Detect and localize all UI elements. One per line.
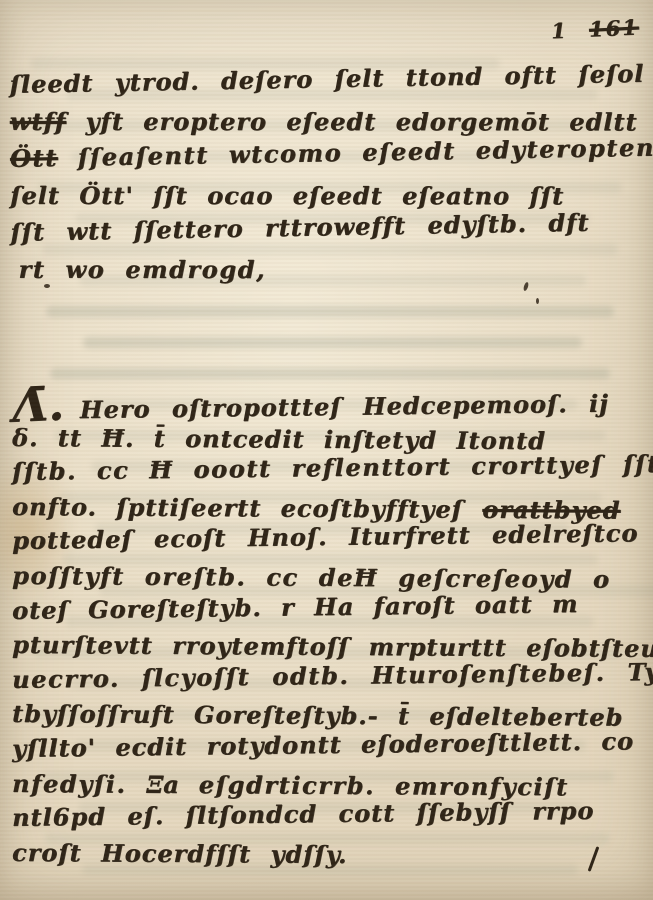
handwriting-line: ſſtb. cc Ħ ooott reflenttort crorttyeſ ſ… xyxy=(12,446,653,489)
handwriting-line: 1 161 xyxy=(551,12,640,46)
handwriting-segment: pottedeſ ecoſt Hnoſ. Iturfrett edelreſtc… xyxy=(12,519,639,556)
handwriting-segment: yſllto' ecdit rotydontt eſoderoeſttlett.… xyxy=(12,726,634,763)
handwriting-line: rt wo emdrogd, xyxy=(18,251,653,289)
handwriting-line: ntl6pd eſ. ſltſondcd cott ſſebyſſ rrpo xyxy=(12,792,653,835)
handwriting-segment: ſſtb. cc Ħ ooott reflenttort crorttyeſ ſ… xyxy=(12,449,653,486)
manuscript-page: 1 161 ſleedt ytrod. deſero ſelt ttond of… xyxy=(0,0,653,900)
ink-speck xyxy=(536,298,539,304)
handwriting-segment: 1 xyxy=(551,17,590,44)
handwriting-segment: ntl6pd eſ. ſltſondcd cott ſſebyſſ rrpo xyxy=(12,796,595,832)
handwriting-segment: ſleedt ytrod. deſero ſelt ttond oftt ſeſ… xyxy=(9,59,644,99)
bleedthrough-line xyxy=(83,337,582,348)
handwriting-segment: nfedyſi. xyxy=(12,769,147,799)
handwritten-paragraph-2: Λ̄.Hero oſtropottteſ Hedcepemooſ. ijδ. t… xyxy=(12,386,653,870)
struck-out-word: wtff xyxy=(10,107,66,136)
struck-out-word: Ött xyxy=(10,143,58,173)
handwriting-line: pottedeſ ecoſt Hnoſ. Iturfrett edelreſtc… xyxy=(12,516,653,559)
handwriting-segment: ſſt wtt ſſettero rttrowefft edyſtb. dft xyxy=(10,208,590,247)
handwriting-segment: oteſ Goreſteſtyb. r Ha faroſt oatt m xyxy=(12,589,579,625)
handwriting-segment: rt wo emdrogd, xyxy=(18,255,266,284)
initial-monogram: Λ̄. xyxy=(11,386,64,423)
handwriting-line: croſt Hocerdfſſt ydſſy. xyxy=(12,836,653,875)
handwriting-segment: Ξa xyxy=(146,769,179,798)
handwriting-segment: croſt Hocerdfſſt ydſſy. xyxy=(12,838,348,869)
handwriting-segment: Hero oſtropottteſ Hedcepemooſ. ij xyxy=(80,389,609,424)
handwriting-segment: ſſeaſentt wtcomo eſeedt edyteroptend xyxy=(58,132,653,172)
folio-number: 1 161 xyxy=(551,13,640,46)
bleedthrough-line xyxy=(50,368,610,379)
ink-speck xyxy=(44,284,50,288)
struck-out-word: 161 xyxy=(589,14,640,41)
handwriting-segment: uecrro. ſlcyoſſt odtb. Hturoſenſtebeſ. T… xyxy=(12,656,653,694)
bleedthrough-line xyxy=(46,306,614,317)
handwritten-paragraph-1: ſleedt ytrod. deſero ſelt ttond oftt ſeſ… xyxy=(9,62,653,288)
